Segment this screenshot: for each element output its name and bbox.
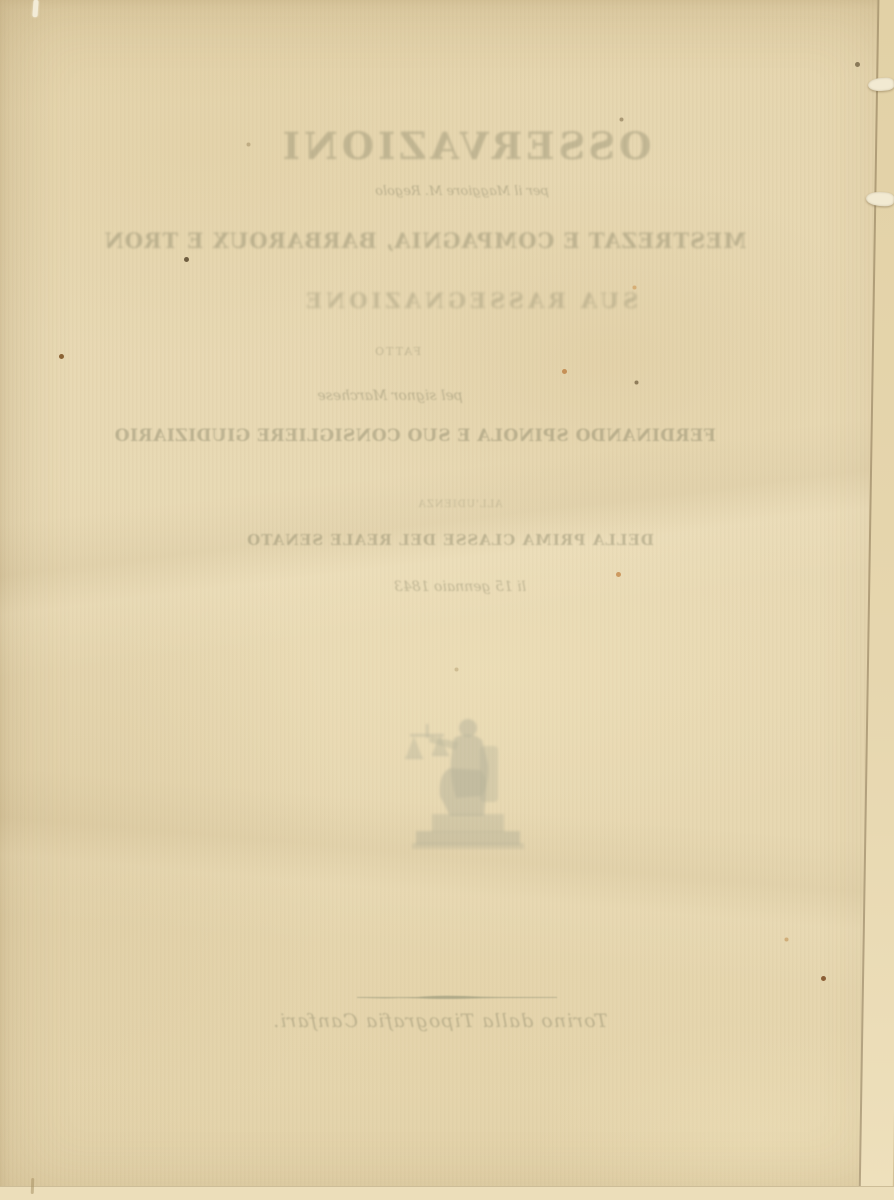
justice-statue-shapes xyxy=(405,719,524,849)
bleed-imprint-line: Torino dalla Tipografia Canfari. xyxy=(0,1010,887,1032)
bleed-byline: per il Maggiore M. Regolo xyxy=(15,184,894,199)
binding-thread xyxy=(868,77,894,92)
pedestal xyxy=(412,814,524,849)
bleed-fatto-line: FATTO xyxy=(0,345,844,358)
scratch-mark xyxy=(31,1178,35,1194)
justice-statue-emblem xyxy=(392,712,532,854)
bleed-advocate-line: pel signor Marchese xyxy=(0,388,837,404)
bleed-title: OSSERVAZIONI xyxy=(18,124,894,168)
underlying-page-edge xyxy=(0,1186,894,1200)
bleed-senate-line: DELLA PRIMA CLASSE DEL REALE SENATO xyxy=(3,531,894,549)
seated-figure xyxy=(429,719,498,816)
bleed-date-line: li 15 gennaio 1843 xyxy=(13,579,894,595)
foxing-specks xyxy=(0,0,3,3)
bleed-counsel-line: FERDINANDO SPINOLA E SUO CONSIGLIERE GIU… xyxy=(0,426,862,446)
book-page: OSSERVAZIONI per il Maggiore M. Regolo M… xyxy=(0,0,894,1200)
tailpiece-rule xyxy=(357,995,557,1000)
bleed-subject-line: SUA RASSEGNAZIONE xyxy=(23,288,894,313)
bleed-parties-line: MESTREZAT E COMPAGNIA, BARBAROUX E TRON xyxy=(0,228,872,253)
bleed-udienza-line: ALL'UDIENZA xyxy=(13,499,894,510)
